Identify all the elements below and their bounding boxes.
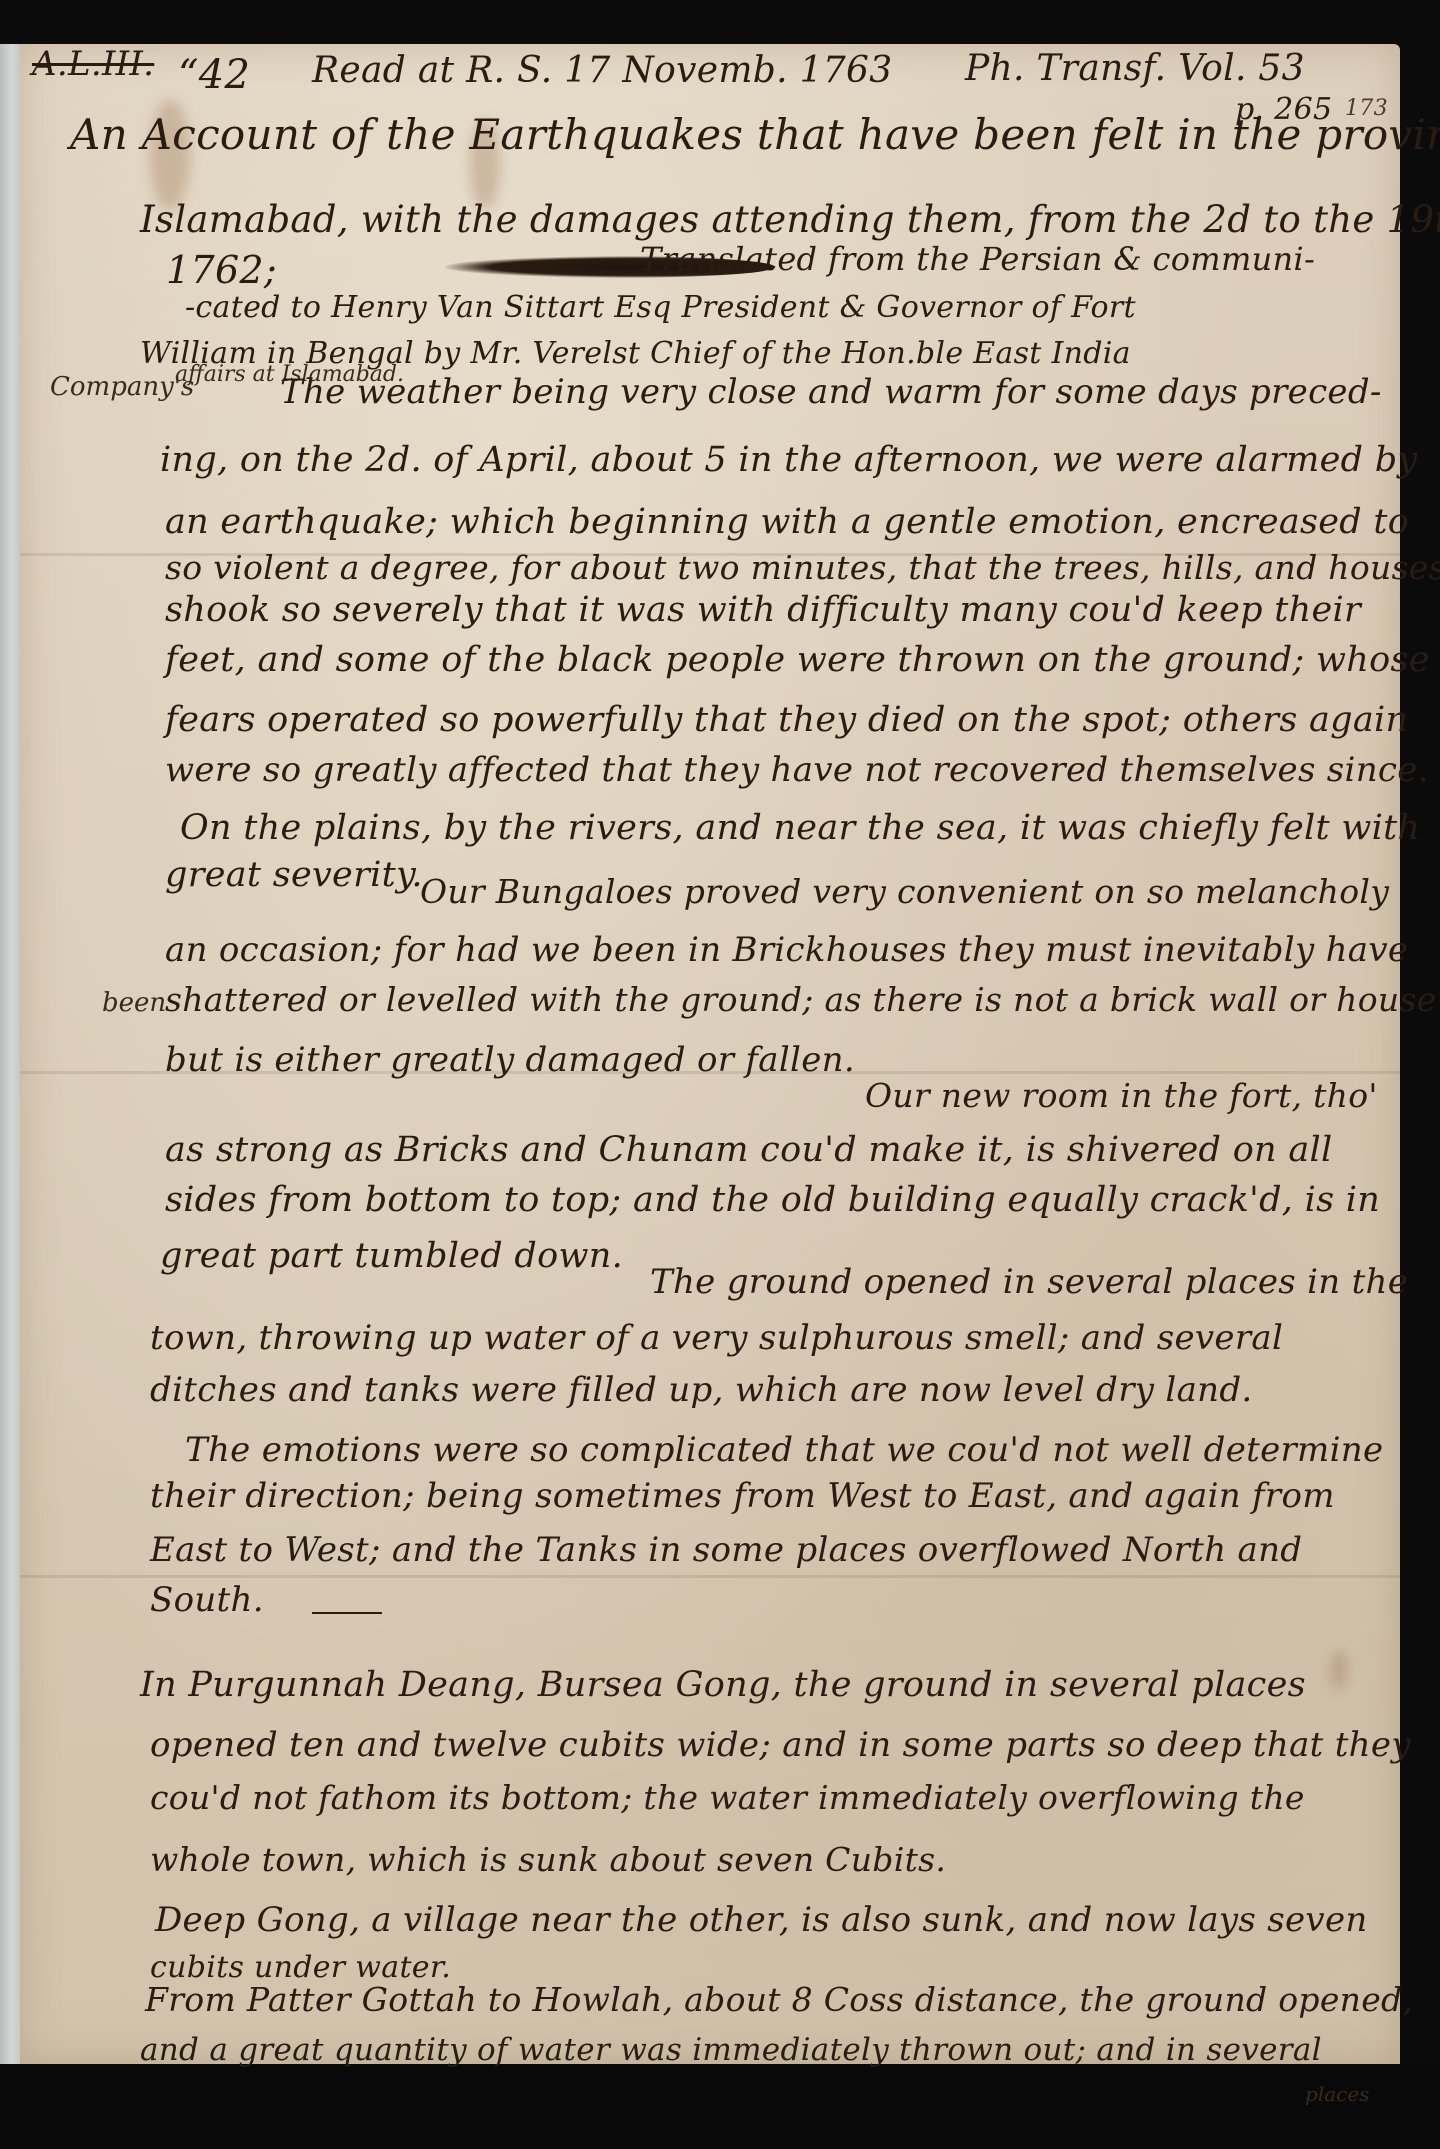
body-line: town, throwing up water of a very sulphu… [150,1318,1283,1358]
body-line: as strong as Bricks and Chunam cou'd mak… [165,1130,1332,1170]
catchword-places: places [1305,2082,1369,2106]
body-line: and a great quantity of water was immedi… [140,2032,1322,2068]
body-line: shook so severely that it was with diffi… [165,590,1361,630]
body-line: sides from bottom to top; and the old bu… [165,1180,1380,1220]
body-line: In Purgunnah Deang, Bursea Gong, the gro… [140,1665,1306,1705]
document-number: “42 [178,52,250,98]
body-line: The emotions were so complicated that we… [185,1430,1383,1470]
margin-word-been: been [102,988,166,1018]
body-line: opened ten and twelve cubits wide; and i… [150,1725,1411,1765]
body-line: their direction; being sometimes from We… [150,1476,1335,1516]
body-line: feet, and some of the black people were … [165,640,1430,680]
read-note: Read at R. S. 17 Novemb. 1763 [312,50,892,91]
body-line: shattered or levelled with the ground; a… [165,980,1436,1019]
body-line: ditches and tanks were filled up, which … [150,1370,1253,1410]
background-bottom [0,2064,1440,2149]
title-line-1: An Account of the Earthquakes that have … [70,110,1440,159]
body-line: so violent a degree, for about two minut… [165,548,1440,587]
body-line: South. [150,1580,264,1620]
body-line: The weather being very close and warm fo… [280,372,1382,412]
translation-note: Translated from the Persian & communi- [640,240,1315,278]
body-line: On the plains, by the rivers, and near t… [180,808,1420,848]
ending-rule [312,1612,382,1614]
body-line: East to West; and the Tanks in some plac… [150,1530,1302,1570]
body-line: Our new room in the fort, tho' [865,1076,1378,1115]
body-line: Deep Gong, a village near the other, is … [155,1900,1368,1940]
body-line: fears operated so powerfully that they d… [165,700,1408,740]
body-line: whole town, which is sunk about seven Cu… [150,1840,946,1879]
body-line: an occasion; for had we been in Brickhou… [165,930,1408,970]
paper-fold [20,1575,1400,1578]
body-line: From Patter Gottah to Howlah, about 8 Co… [145,1980,1413,2019]
transactions-note: Ph. Transf. Vol. 53 [965,48,1305,89]
body-line: Our Bungaloes proved very convenient on … [420,872,1389,911]
body-line: great severity. [165,855,423,895]
binding-strip [0,44,22,2084]
margin-note-company: Company's [50,372,194,402]
body-line: ing, on the 2d. of April, about 5 in the… [160,440,1418,480]
body-line: The ground opened in several places in t… [650,1262,1408,1302]
body-line: great part tumbled down. [160,1236,623,1276]
interlinear-note-1: -cated to Henry Van Sittart Esq Presiden… [185,290,1136,325]
title-date: 1762; [166,248,277,292]
body-line: were so greatly affected that they have … [165,750,1429,790]
catalogue-mark: A.L.III. [32,44,154,84]
body-line: cou'd not fathom its bottom; the water i… [150,1778,1305,1817]
stain-mark [1330,1650,1348,1690]
body-line: an earthquake; which beginning with a ge… [165,502,1409,542]
title-line-2: Islamabad, with the damages attending th… [140,198,1440,241]
body-line: but is either greatly damaged or fallen. [165,1040,855,1080]
